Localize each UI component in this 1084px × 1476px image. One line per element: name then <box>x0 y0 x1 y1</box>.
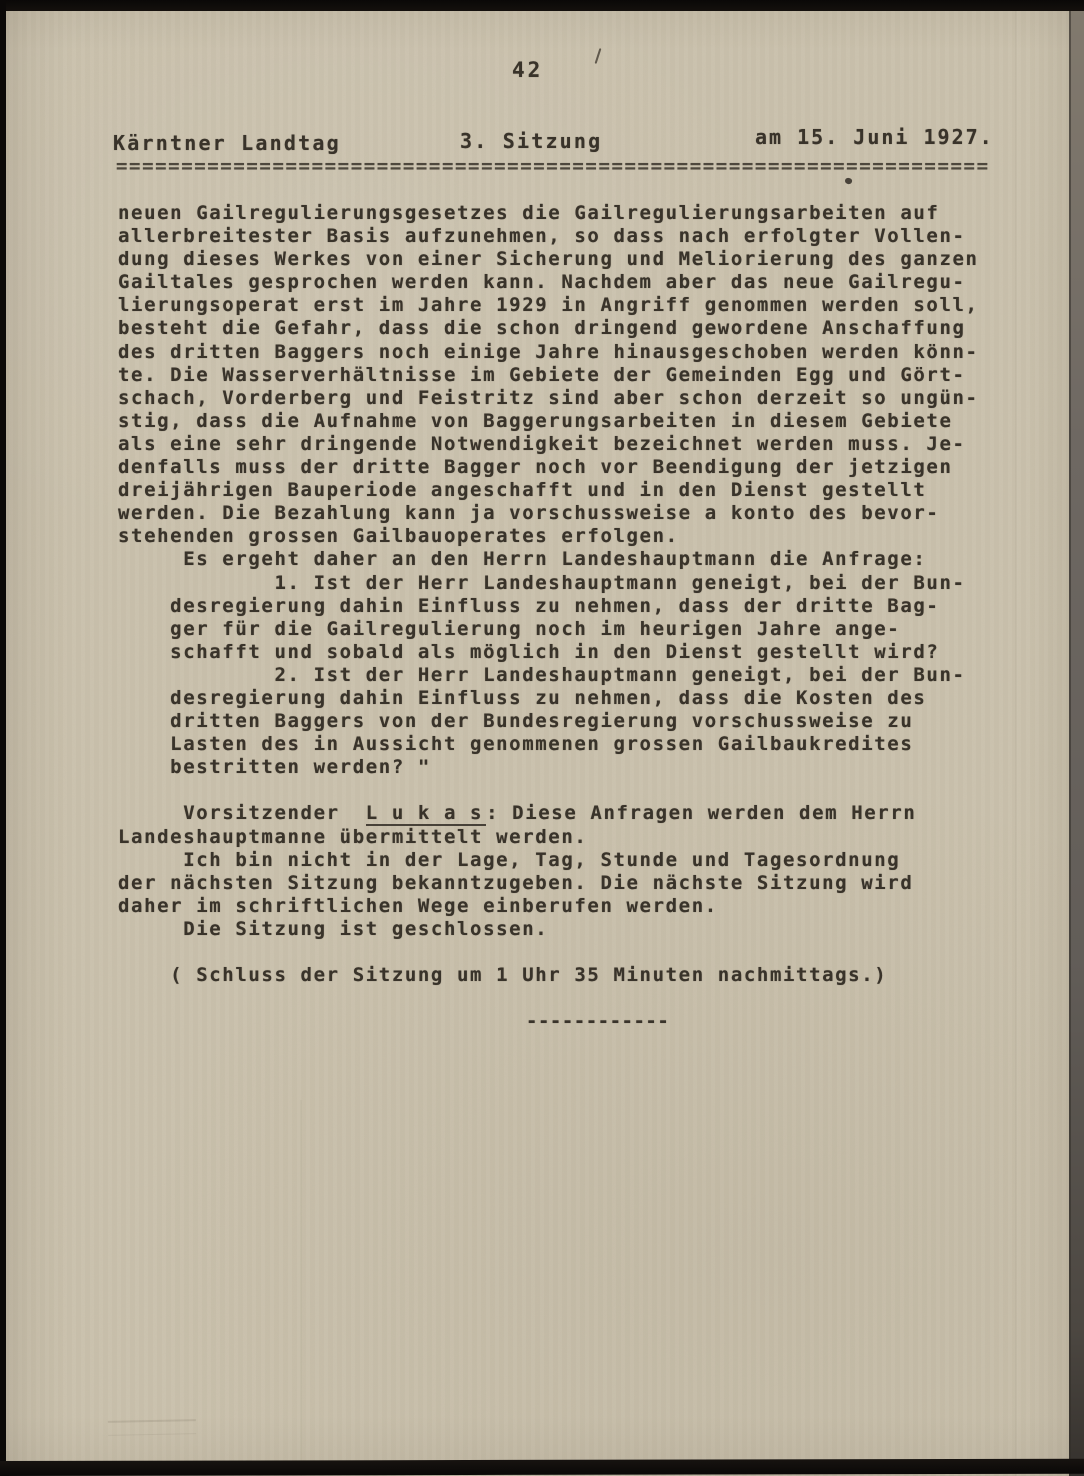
text-line: neuen Gailregulierungsgesetzes die Gailr… <box>118 202 1048 225</box>
text-line: Gailtales gesprochen werden kann. Nachde… <box>118 271 1048 294</box>
text-line: Es ergeht daher an den Herrn Landeshaupt… <box>118 548 1048 571</box>
text-line: schach, Vorderberg und Feistritz sind ab… <box>118 387 1048 410</box>
paper-crease <box>300 1100 302 1476</box>
text-line: lierungsoperat erst im Jahre 1929 in Ang… <box>118 294 1048 317</box>
paragraph-block-1: neuen Gailregulierungsgesetzes die Gailr… <box>118 202 1048 779</box>
faint-pencil-mark <box>108 1419 196 1436</box>
text-line: Die Sitzung ist geschlossen. <box>118 918 1048 941</box>
page-number: 42 <box>512 58 543 82</box>
paragraph-block-2: Landeshauptmanne übermittelt werden. Ich… <box>118 826 1048 941</box>
header-rule: ========================================… <box>116 155 990 177</box>
text-line: Ich bin nicht in der Lage, Tag, Stunde u… <box>118 849 1048 872</box>
text-line: besteht die Gefahr, dass die schon dring… <box>118 317 1048 340</box>
speaker-line: Vorsitzender L u k a s: Diese Anfragen w… <box>118 802 1048 825</box>
text-line: dung dieses Werkes von einer Sicherung u… <box>118 248 1048 271</box>
speaker-name: L u k a s <box>366 802 486 826</box>
text-line: allerbreitester Basis aufzunehmen, so da… <box>118 225 1048 248</box>
header-institution: Kärntner Landtag <box>113 131 341 155</box>
text-line: stig, dass die Aufnahme von Baggerungsar… <box>118 410 1048 433</box>
text-line: daher im schriftlichen Wege einberufen w… <box>118 895 1048 918</box>
session-closing-time-line: ( Schluss der Sitzung um 1 Uhr 35 Minute… <box>118 964 1048 987</box>
document-body: neuen Gailregulierungsgesetzes die Gailr… <box>118 202 1048 1033</box>
end-rule: ------------ <box>118 1010 1048 1033</box>
text-line: der nächsten Sitzung bekanntzugeben. Die… <box>118 872 1048 895</box>
text-line: stehenden grossen Gailbauoperates erfolg… <box>118 525 1048 548</box>
text-line: dreijährigen Bauperiode angeschafft und … <box>118 479 1048 502</box>
text-line: 1. Ist der Herr Landeshauptmann geneigt,… <box>118 572 1048 595</box>
header-session-number: 3. Sitzung <box>460 129 602 153</box>
scan-edge-bottom <box>0 1459 1084 1476</box>
speaker-line-prefix: Vorsitzender <box>118 802 366 824</box>
text-line: als eine sehr dringende Notwendigkeit be… <box>118 433 1048 456</box>
text-line: te. Die Wasserverhältnisse im Gebiete de… <box>118 364 1048 387</box>
scan-edge-top <box>0 0 1084 11</box>
header-date: am 15. Juni 1927. <box>755 125 994 149</box>
text-line: dritten Baggers von der Bundesregierung … <box>118 710 1048 733</box>
scan-edge-right <box>1069 0 1084 1476</box>
text-line: schafft und sobald als möglich in den Di… <box>118 641 1048 664</box>
text-line: desregierung dahin Einfluss zu nehmen, d… <box>118 595 1048 618</box>
scan-edge-left <box>0 0 6 1476</box>
text-line: denfalls muss der dritte Bagger noch vor… <box>118 456 1048 479</box>
text-line: desregierung dahin Einfluss zu nehmen, d… <box>118 687 1048 710</box>
text-line: bestritten werden? " <box>118 756 1048 779</box>
text-line: 2. Ist der Herr Landeshauptmann geneigt,… <box>118 664 1048 687</box>
speaker-line-suffix: : Diese Anfragen werden dem Herrn <box>486 802 916 824</box>
text-line: des dritten Baggers noch einige Jahre hi… <box>118 341 1048 364</box>
text-line: werden. Die Bezahlung kann ja vorschussw… <box>118 502 1048 525</box>
text-line: Lasten des in Aussicht genommenen grosse… <box>118 733 1048 756</box>
text-line: ger für die Gailregulierung noch im heur… <box>118 618 1048 641</box>
scanned-page: 42 Kärntner Landtag 3. Sitzung am 15. Ju… <box>0 0 1084 1476</box>
text-line: Landeshauptmanne übermittelt werden. <box>118 826 1048 849</box>
